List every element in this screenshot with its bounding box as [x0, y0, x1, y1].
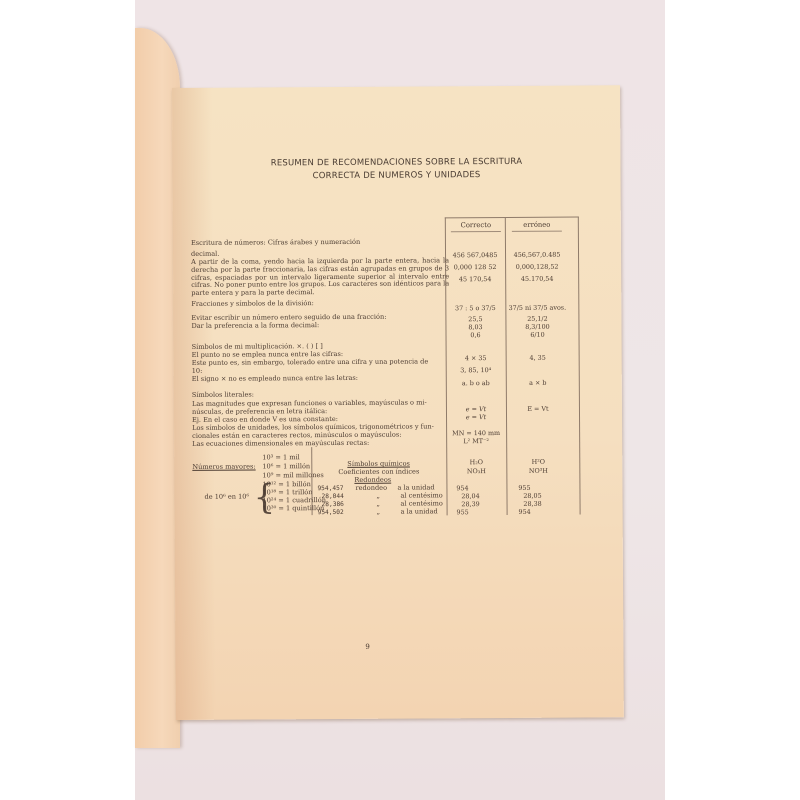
header-correcto: Correcto — [451, 221, 501, 229]
header-erroneo: erróneo — [512, 221, 562, 229]
title-line-2: CORRECTA DE NUMEROS Y UNIDADES — [173, 168, 621, 184]
round-mid: redondeo — [355, 485, 387, 493]
cell-correcto: 0,000 128 52 — [446, 263, 504, 271]
cell-correcto: H₂O — [447, 458, 505, 466]
cell-erroneo: H²O — [509, 458, 567, 466]
multiplicacion-line-2: Este punto es, sin embargo, tolerado ent… — [192, 358, 429, 367]
cell-correcto: 0,6 — [446, 331, 504, 339]
cell-correcto: 3, 85, 10⁴ — [447, 366, 505, 374]
cell-correcto: L² MT⁻² — [447, 437, 505, 445]
header-underline — [512, 231, 562, 232]
multiplicacion-line-3: El signo × no es empleado nunca entre la… — [192, 375, 358, 384]
cell-correcto: 45 170,54 — [446, 275, 504, 283]
numeros-body: A partir de la coma, yendo hacia la izqu… — [191, 257, 449, 298]
cell-correcto: 4 × 35 — [447, 354, 505, 362]
mayores-label: Números mayores: — [192, 463, 255, 471]
section-heading-numeros: Escritura de números: Cifras árabes y nu… — [191, 239, 360, 248]
round-value: 28,386 — [322, 501, 344, 509]
section-heading-fracciones: Fracciones y símbolos de la división: — [191, 300, 314, 309]
fracciones-line-2: Dar la preferencia a la forma decimal: — [191, 322, 319, 331]
mayores-item: 10³ = 1 mil — [262, 454, 300, 462]
cell-erroneo: 37/5 ni 37/5 avos. — [508, 304, 566, 312]
cell-erroneo: NO³H — [509, 467, 567, 475]
quimicos-block: Símbolos químicos Coeficientes con índic… — [311, 446, 447, 515]
page-number: 9 — [365, 643, 370, 651]
cell-erroneo: 45.170,54 — [508, 275, 566, 283]
cell-correcto: e = Vt — [447, 413, 505, 421]
cell-erroneo: 0,000,128,52 — [508, 263, 566, 271]
cell-erroneo: 456,567,0.485 — [508, 251, 566, 259]
round-mid: „ — [377, 509, 380, 517]
cell-correcto: a. b o ab — [447, 379, 505, 387]
round-value: 954,502 — [318, 509, 344, 517]
section-heading-literales: Símbolos literales: — [192, 392, 254, 400]
mayores-item: 10⁶ = 1 millón — [262, 463, 310, 471]
cell-erroneo: E = Vt — [509, 405, 567, 413]
round-desc: a la unidad — [401, 508, 438, 516]
document-page: RESUMEN DE RECOMENDACIONES SOBRE LA ESCR… — [172, 85, 624, 720]
header-underline — [451, 231, 501, 232]
page-title: RESUMEN DE RECOMENDACIONES SOBRE LA ESCR… — [172, 155, 620, 184]
cell-correcto: 37 : 5 o 37/5 — [446, 304, 504, 312]
cell-erroneo: a × b — [509, 379, 567, 387]
comparison-table: Correcto erróneo 456 567,0485 456,567,0.… — [445, 217, 581, 516]
cell-correcto: 456 567,0485 — [446, 251, 504, 259]
cell-erroneo: 954 — [496, 508, 554, 516]
cell-correcto: NO₃H — [447, 467, 505, 475]
cell-erroneo: 4, 35 — [509, 354, 567, 362]
cell-erroneo: 6/10 — [508, 331, 566, 339]
round-value: 28,044 — [321, 493, 343, 501]
round-value: 954,457 — [317, 485, 343, 493]
mayores-range-label: de 10⁶ en 10⁶ — [204, 494, 249, 502]
